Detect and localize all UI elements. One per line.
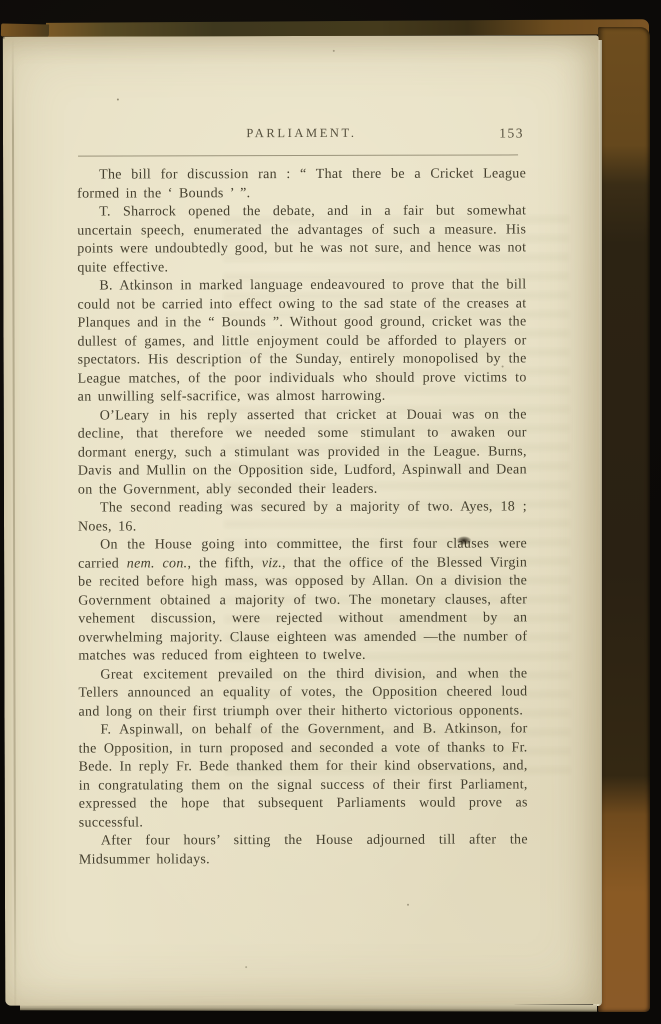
book-page: PARLIAMENT. 153 The bill for discussion … [3,35,602,1006]
paragraph: On the House going into committee, the f… [78,535,527,666]
photo-background: PARLIAMENT. 153 The bill for discussion … [0,0,661,1024]
text-run: After four hours’ sitting the House adjo… [79,832,528,867]
text-run: B. Atkinson in marked language endeavour… [77,277,526,404]
paragraph: T. Sharrock opened the debate, and in a … [77,202,526,277]
paragraph: Great excitement prevailed on the third … [78,665,527,722]
book-cover-right-edge [598,27,650,1012]
gutter-crease [12,37,17,1006]
dust-specks [3,37,5,39]
running-title: PARLIAMENT. [77,125,526,141]
text-run: On the House going into committee, the f… [100,537,447,553]
header-rule [78,154,518,156]
ink-smudged-word: clauses [447,537,490,552]
paragraph: The bill for discussion ran : “ That the… [77,165,526,203]
page-header: PARLIAMENT. 153 [77,125,526,146]
book-cover-top-left-fragment [1,23,49,37]
italic-run: viz. [262,556,282,571]
text-block: The bill for discussion ran : “ That the… [77,165,528,869]
text-run: F. Aspinwall, on behalf of the Governmen… [79,721,528,830]
text-run: T. Sharrock opened the debate, and in a … [77,203,526,275]
text-run: , the fifth, [187,556,261,571]
italic-run: nem. con. [127,556,188,571]
paragraph: F. Aspinwall, on behalf of the Governmen… [79,720,528,832]
text-run: The second reading was secured by a majo… [78,499,527,534]
paragraph: After four hours’ sitting the House adjo… [79,831,528,869]
paragraph: The second reading was secured by a majo… [78,498,527,536]
text-run: Great excitement prevailed on the third … [78,666,527,719]
text-run: The bill for discussion ran : “ That the… [77,166,526,201]
page-number: 153 [499,125,524,141]
paragraph: O’Leary in his reply asserted that crick… [78,406,527,500]
text-run: O’Leary in his reply asserted that crick… [78,407,527,497]
paragraph: B. Atkinson in marked language endeavour… [77,276,526,407]
